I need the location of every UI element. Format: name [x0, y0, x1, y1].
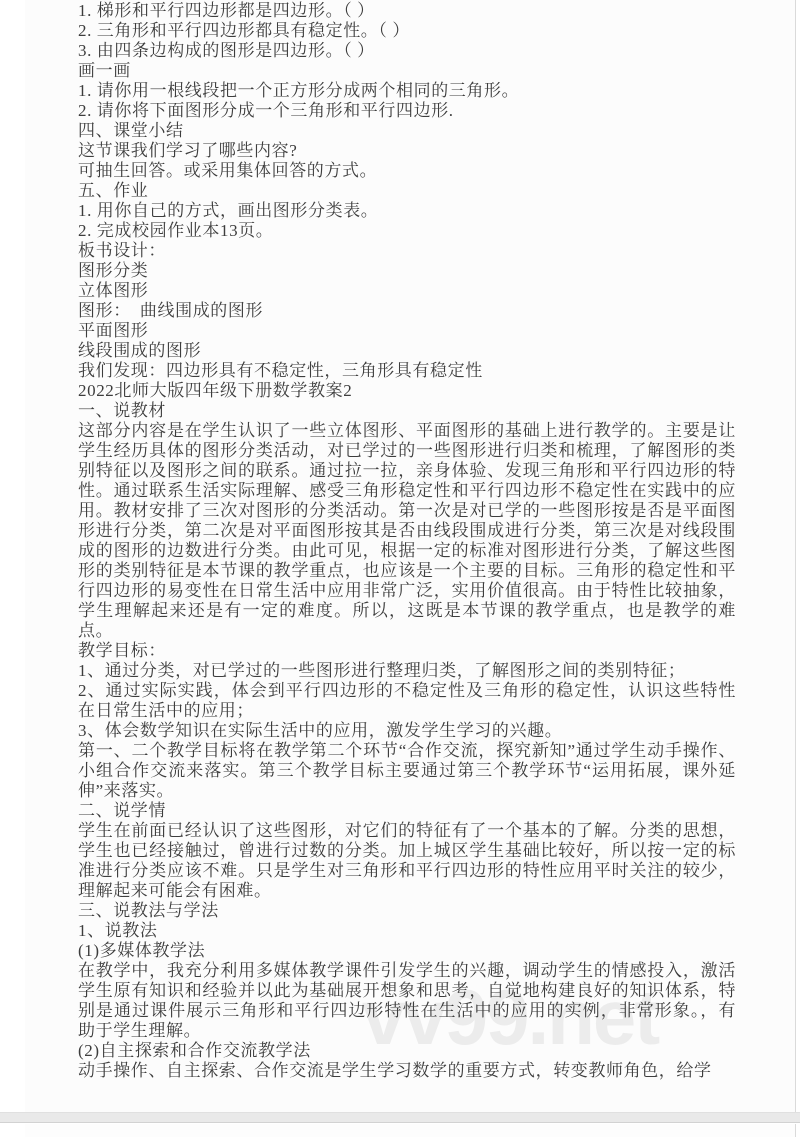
document-paragraph: 画一画 [78, 61, 736, 81]
document-paragraph: 五、作业 [78, 181, 736, 201]
document-paragraph: 四、课堂小结 [78, 121, 736, 141]
document-paragraph: 一、说教材 [78, 401, 736, 421]
document-paragraph: 2022北师大版四年级下册数学教案2 [78, 381, 736, 401]
document-paragraph: 2. 完成校园作业本13页。 [78, 221, 736, 241]
document-paragraph: 在教学中，我充分利用多媒体教学课件引发学生的兴趣，调动学生的情感投入，激活学生原… [78, 961, 736, 1041]
document-paragraph: 3. 由四条边构成的图形是四边形。（ ） [78, 41, 736, 61]
document-paragraph: 图形： 曲线围成的图形 [78, 301, 736, 321]
document-paragraph: 这部分内容是在学生认识了一些立体图形、平面图形的基础上进行教学的。主要是让学生经… [78, 421, 736, 641]
page-separator [0, 1112, 800, 1123]
document-paragraph: 线段围成的图形 [78, 341, 736, 361]
document-paragraph: 1、通过分类，对已学过的一些图形进行整理归类，了解图形之间的类别特征； [78, 661, 736, 681]
document-paragraph: 1、说教法 [78, 921, 736, 941]
document-paragraph: (1)多媒体教学法 [78, 941, 736, 961]
document-paragraph: 1. 用你自己的方式，画出图形分类表。 [78, 201, 736, 221]
document-paragraph: 2. 请你将下面图形分成一个三角形和平行四边形. [78, 101, 736, 121]
document-paragraph: 立体图形 [78, 281, 736, 301]
document-paragraph: 3、体会数学知识在实际生活中的应用，激发学生学习的兴趣。 [78, 721, 736, 741]
document-page: vv99.net 1. 梯形和平行四边形都是四边形。（ ） 2. 三角形和平行四… [25, 0, 796, 1112]
document-paragraph: 学生在前面已经认识了这些图形，对它们的特征有了一个基本的了解。分类的思想，学生也… [78, 821, 736, 901]
document-paragraph: (2)自主探索和合作交流教学法 [78, 1041, 736, 1061]
next-page-top [25, 1124, 796, 1137]
document-paragraph: 1. 梯形和平行四边形都是四边形。（ ） [78, 1, 736, 21]
document-paragraph: 三、说教法与学法 [78, 901, 736, 921]
document-paragraph: 第一、二个教学目标将在教学第二个环节“合作交流，探究新知”通过学生动手操作、小组… [78, 741, 736, 801]
document-paragraph: 我们发现：四边形具有不稳定性，三角形具有稳定性 [78, 361, 736, 381]
document-paragraph: 2. 三角形和平行四边形都具有稳定性。（ ） [78, 21, 736, 41]
document-content: 1. 梯形和平行四边形都是四边形。（ ） 2. 三角形和平行四边形都具有稳定性。… [25, 0, 796, 1081]
document-paragraph: 教学目标： [78, 641, 736, 661]
document-paragraph: 平面图形 [78, 321, 736, 341]
document-paragraph: 二、说学情 [78, 801, 736, 821]
document-paragraph: 板书设计： [78, 241, 736, 261]
document-paragraph: 2、通过实际实践，体会到平行四边形的不稳定性及三角形的稳定性，认识这些特性在日常… [78, 681, 736, 721]
document-viewer: vv99.net 1. 梯形和平行四边形都是四边形。（ ） 2. 三角形和平行四… [0, 0, 800, 1137]
document-paragraph: 图形分类 [78, 261, 736, 281]
document-paragraph: 可抽生回答。或采用集体回答的方式。 [78, 161, 736, 181]
document-paragraph: 动手操作、自主探索、合作交流是学生学习数学的重要方式，转变教师角色，给学 [78, 1061, 736, 1081]
document-paragraph: 1. 请你用一根线段把一个正方形分成两个相同的三角形。 [78, 81, 736, 101]
document-paragraph: 这节课我们学习了哪些内容? [78, 141, 736, 161]
